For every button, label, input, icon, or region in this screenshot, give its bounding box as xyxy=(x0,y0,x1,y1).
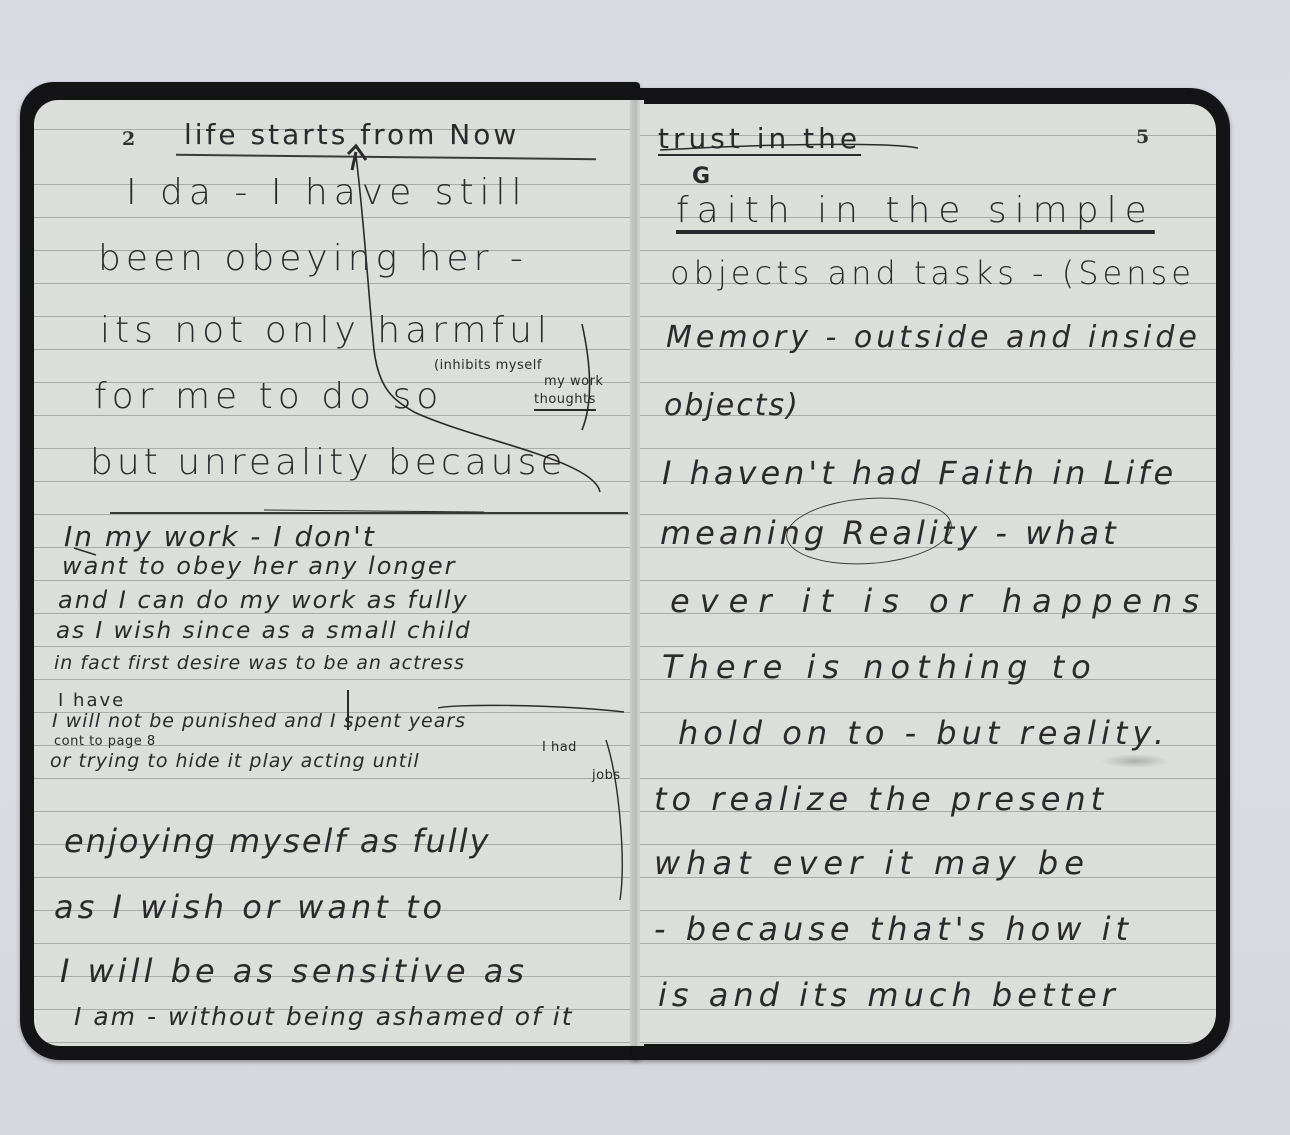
ink-smudge xyxy=(1100,754,1170,768)
text-line: - because that's how it xyxy=(654,910,1133,948)
text-line: been obeying her - xyxy=(98,238,528,279)
text-line: as I wish since as a small child xyxy=(56,618,472,644)
text-line: is and its much better xyxy=(658,976,1120,1014)
text-line: in fact first desire was to be an actres… xyxy=(54,652,465,674)
right-page-ink xyxy=(640,104,1216,1044)
page-number-left: 2 xyxy=(122,128,135,150)
text-line: Memory - outside and inside xyxy=(666,320,1201,355)
text-line: There is nothing to xyxy=(662,648,1098,686)
inhibits-note: (inhibits myself xyxy=(434,358,542,373)
text-line: what ever it may be xyxy=(654,844,1090,882)
notebook-page-right: 5 trust in the G faith in the simple obj… xyxy=(640,104,1216,1044)
text-line: objects and tasks - (Sense xyxy=(670,254,1195,292)
page-heading: life starts from Now xyxy=(184,118,519,151)
page-number-right: 5 xyxy=(1136,126,1149,148)
text-line: I am - without being ashamed of it xyxy=(74,1002,574,1031)
text-line: I will not be punished and I spent years xyxy=(52,710,466,732)
text-line: but unreality because xyxy=(90,442,567,483)
text-line: as I wish or want to xyxy=(54,888,446,926)
notebook-page-left: 2 life starts from Now I da - I have sti… xyxy=(34,100,632,1046)
text-line: I have xyxy=(58,690,125,711)
text-line: for me to do so xyxy=(94,376,443,417)
text-line: to realize the present xyxy=(654,780,1108,818)
text-line: objects) xyxy=(664,388,800,423)
text-line: I will be as sensitive as xyxy=(60,952,528,990)
text-line: trust in the xyxy=(658,122,861,155)
section-divider xyxy=(110,512,628,514)
text-line: In my work - I don't xyxy=(64,520,376,553)
text-line: I haven't had Faith in Life xyxy=(662,454,1177,492)
correction-mark: G xyxy=(692,164,712,189)
text-line: I da - I have still xyxy=(126,172,528,213)
text-line: its not only harmful xyxy=(100,310,552,351)
heading-underline xyxy=(176,154,596,160)
text-line: or trying to hide it play acting until xyxy=(50,750,420,772)
thoughts-note: thoughts xyxy=(534,392,596,407)
text-line: want to obey her any longer xyxy=(62,552,456,580)
jobs-note: jobs xyxy=(592,768,621,783)
text-line: and I can do my work as fully xyxy=(58,586,469,614)
text-line: ever it is or happens xyxy=(670,582,1209,620)
text-line: faith in the simple xyxy=(676,190,1155,231)
had-note: I had xyxy=(542,740,577,755)
text-line: enjoying myself as fully xyxy=(64,822,491,860)
text-line: meaning Reality - what xyxy=(660,514,1120,552)
text-line: hold on to - but reality. xyxy=(678,714,1169,752)
cont-note: cont to page 8 xyxy=(54,734,156,749)
my-work-note: my work xyxy=(544,374,603,389)
